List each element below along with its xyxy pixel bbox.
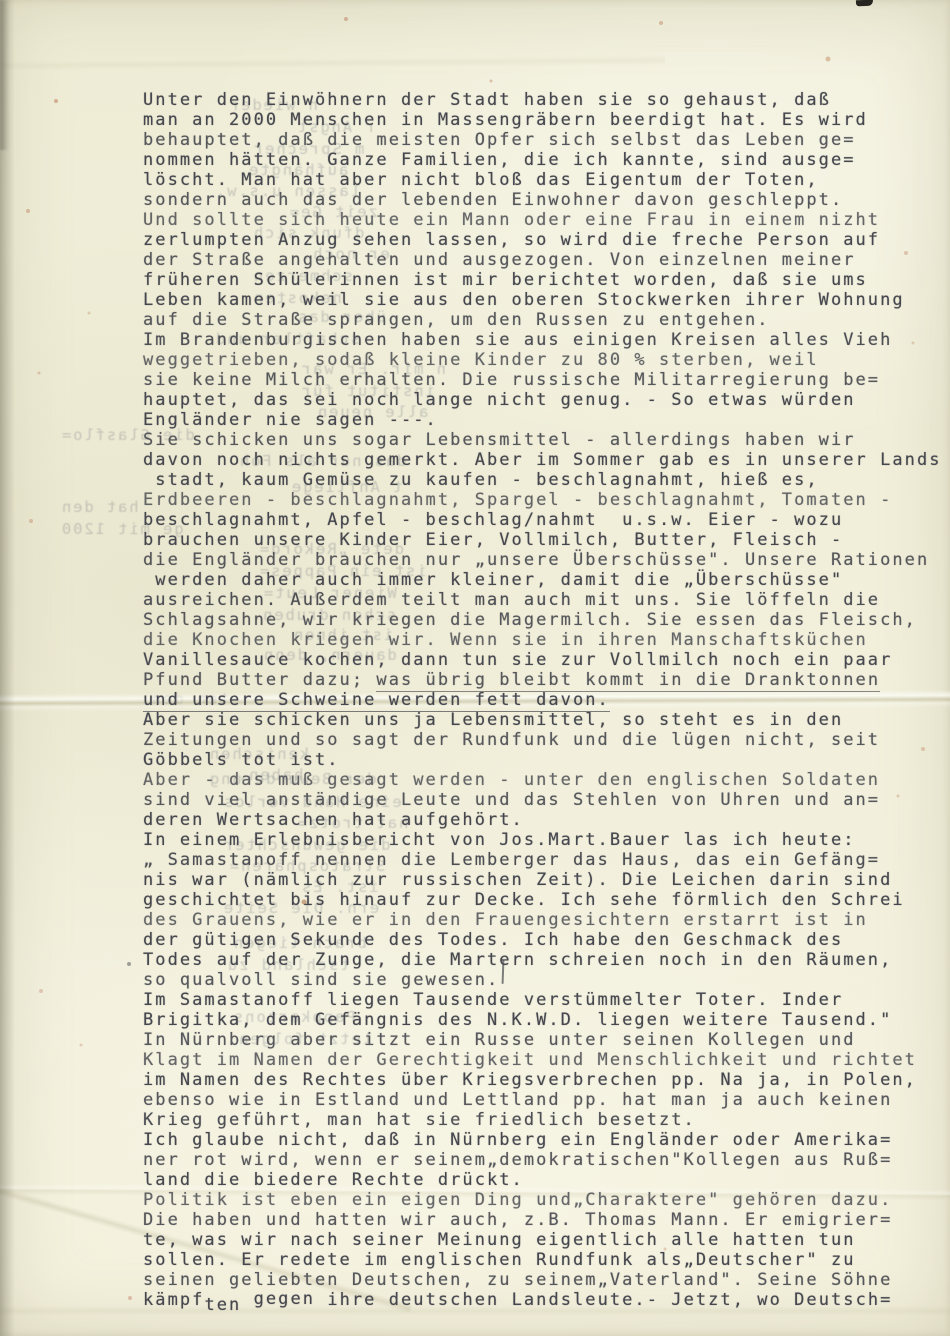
typed-line: brauchen unsere Kinder Eier, Vollmilch, … [143,530,943,550]
typed-line: Die haben und hatten wir auch, z.B. Thom… [143,1210,943,1230]
typed-line: In einem Erlebnisbericht von Jos.Mart.Ba… [143,830,943,850]
typed-text-block: Unter den Einwöhnern der Stadt haben sie… [143,90,943,1310]
typed-line: und unsere Schweine werden fett davon. [143,690,943,710]
typed-line: weggetrieben, sodaß kleine Kinder zu 80 … [143,350,943,370]
typed-line: Ich glaube nicht, daß in Nürnberg ein En… [143,1130,943,1150]
typed-line: Zeitungen und so sagt der Rundfunk und d… [143,730,943,750]
typed-line: land die biedere Rechte drückt. [143,1170,943,1190]
typed-line: nommen hätten. Ganze Familien, die ich k… [143,150,943,170]
typed-line: Unter den Einwöhnern der Stadt haben sie… [143,90,943,110]
typed-line: sollen. Er redete im englischen Rundfunk… [143,1250,943,1270]
page-edge-shadow-top [0,0,9,150]
typed-line: werden daher auch immer kleiner, damit d… [143,570,943,590]
bleedthrough-text: hat den [60,498,139,516]
typed-line: seinen geliebten Deutschen, zu seinem„Va… [143,1270,943,1290]
typed-line: behauptet, daß die meisten Opfer sich se… [143,130,943,150]
corner-mark [856,0,873,6]
scanned-page: n wiederr Angstm Sprecheraufhängte,lasse… [0,0,950,1336]
typed-line: nis war (nämlich zur russischen Zeit). D… [143,870,943,890]
typed-line: Und sollte sich heute ein Mann oder eine… [143,210,943,230]
typed-line: ner rot wird, wenn er seinem„demokratisc… [143,1150,943,1170]
typed-line: die Engländer brauchen nur „unsere Übers… [143,550,943,570]
typed-line: löscht. Man hat aber nicht bloß das Eige… [143,170,943,190]
typed-line: Krieg geführt, man hat sie friedlich bes… [143,1110,943,1130]
typed-line: stadt, kaum Gemüse zu kaufen - beschlagn… [143,470,943,490]
typed-line: Pfund Butter dazu; was übrig bleibt komm… [143,670,943,690]
typed-line: geschichtet bis hinauf zur Decke. Ich se… [143,890,943,910]
page-edge-shadow [0,0,15,1336]
typed-line: Im Samastanoff liegen Tausende verstümme… [143,990,943,1010]
typed-line: im Namen des Rechtes über Kriegsverbrech… [143,1070,943,1090]
typed-line: ausreichen. Außerdem teilt man auch mit … [143,590,943,610]
typed-line: hauptet, das sei noch lange nicht genug.… [143,390,943,410]
typed-line: Im Brandenburgischen haben sie aus einig… [143,330,943,350]
typed-line: man an 2000 Menschen in Massengräbern be… [143,110,943,130]
typed-line: Engländer nie sagen ---. [143,410,943,430]
typed-line: zerlumpten Anzug sehen lassen, so wird d… [143,230,943,250]
typed-line: Vanillesauce kochen, dann tun sie zur Vo… [143,650,943,670]
typed-line: „ Samastanoff nennen die Lemberger das H… [143,850,943,870]
typed-line: ebenso wie in Estland und Lettland pp. h… [143,1090,943,1110]
typed-line: beschlagnahmt, Apfel - beschlag/nahmt u.… [143,510,943,530]
typed-line: Politik ist eben ein eigen Ding und„Char… [143,1190,943,1210]
typed-line: sie keine Milch erhalten. Die russische … [143,370,943,390]
typed-line: Sie schicken uns sogar Lebensmittel - al… [143,430,943,450]
typed-line: te, was wir nach seiner Meinung eigentli… [143,1230,943,1250]
typed-line: deren Wertsachen hat aufgehört. [143,810,943,830]
typed-line: so qualvoll sind sie gewesen. [143,970,943,990]
fold-crease-top [0,55,665,71]
typed-line: kämpften gegen ihre deutschen Landsleute… [143,1290,943,1310]
typed-line: Aber sie schicken uns ja Lebensmittel, s… [143,710,943,730]
typed-line: Göbbels tot ist. [143,750,943,770]
typed-line: Klagt im Namen der Gerechtigkeit und Men… [143,1050,943,1070]
typed-line: davon noch nichts gemerkt. Aber im Somme… [143,450,943,470]
typed-line: Leben kamen, weil sie aus den oberen Sto… [143,290,943,310]
typed-line: der Straße angehalten und ausgezogen. Vo… [143,250,943,270]
typed-line: sind viel anständige Leute und das Stehl… [143,790,943,810]
typed-line: In Nürnberg aber sitzt ein Russe unter s… [143,1030,943,1050]
typed-line: sondern auch das der lebenden Einwohner … [143,190,943,210]
typed-line: früheren Schülerinnen ist mir berichtet … [143,270,943,290]
typed-line: Brigitka, dem Gefängnis des N.K.W.D. lie… [143,1010,943,1030]
typed-line: Erdbeeren - beschlagnahmt, Spargel - bes… [143,490,943,510]
typed-line: Todes auf der Zunge, die Martern schreie… [143,950,943,970]
typed-line: die Knochen kriegen wir. Wenn sie in ihr… [143,630,943,650]
foxing-spots [0,0,2,2]
typed-line: der gütigen Sekunde des Todes. Ich habe … [143,930,943,950]
typed-line: auf die Straße sprangen, um den Russen z… [143,310,943,330]
typed-line: Schlagsahne, wir kriegen die Magermilch.… [143,610,943,630]
typed-line: Aber - das muß gesagt werden - unter den… [143,770,943,790]
typed-line: des Grauens, wie er in den Frauengesicht… [143,910,943,930]
